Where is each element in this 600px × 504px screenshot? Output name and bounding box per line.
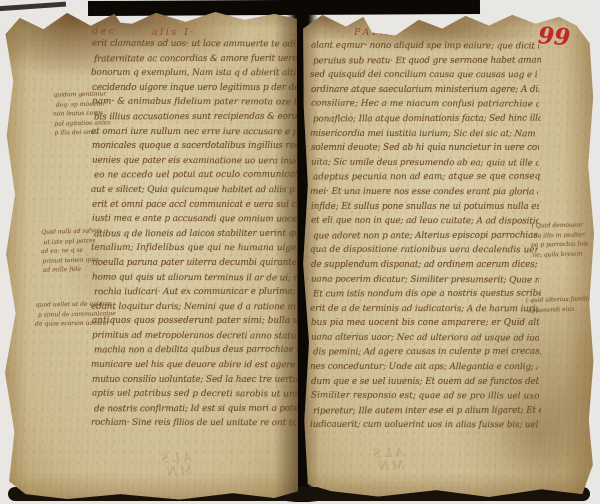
text-line: dis pemini; Ad agere causas in culente p… xyxy=(313,345,541,360)
margin-note: quod uellet ut de eplaresp simul de comm… xyxy=(36,299,114,329)
text-line: primitus ad metropoleranos decreti anno … xyxy=(92,328,297,343)
text-line: mutuo consilio uoluntate; Sed la haec tr… xyxy=(92,373,297,388)
margin-note: ( quid alterius familiarumapponendi eius xyxy=(526,294,600,316)
text-line: bus pia mea uocent bis cone amparere; er… xyxy=(311,316,539,331)
text-line: erit et omni pace accl communicat e uera… xyxy=(92,198,297,213)
text-line: atibus q de lioneis ad laicos stabiliter… xyxy=(94,226,299,241)
text-line: homo qui quis ut aliorum terminus il ar … xyxy=(92,270,297,285)
text-line: Similiter responsio est; quae ad se pro … xyxy=(311,389,539,405)
margin-note: ( Quid demoueorde illis in psalterpa p p… xyxy=(532,220,590,260)
text-line: iusti mea e ante p accusandi que omnium … xyxy=(92,212,297,227)
text-line: qua de dispositione rationibus uera deca… xyxy=(310,243,538,258)
text-line: solemni deuote; Sed ab hi quia nuncietur… xyxy=(311,141,539,156)
text-line: bonorum q exemplum, Nam ista q d abierit… xyxy=(91,66,296,81)
text-line: misericordia mei iustitia iurium; Sic de… xyxy=(310,126,538,141)
text-line: nes conceduntur; Unde ait aps; Alleganti… xyxy=(310,360,538,375)
text-line: antiquos quos possederunt pater simi; bu… xyxy=(92,314,297,329)
text-line: uana alterius uaor; Nec ad ulteriora ad … xyxy=(311,330,539,346)
running-title-left: dec xyxy=(92,26,117,37)
text-line: infide; Et sullus pone snullas ne ui pot… xyxy=(311,200,539,215)
text-line: que adoret non p ante; Alterius episcopi… xyxy=(313,228,541,243)
text-line: machia non a debilita quibus deus parroc… xyxy=(94,343,299,358)
text-line: et omari iure nullum nec erre iure accus… xyxy=(91,124,296,139)
text-line: ne; quila breuim xyxy=(532,249,589,260)
text-line: uana pocerim dicatur; Similiter presumse… xyxy=(311,272,539,288)
text-line: uita; Sic umile deus presumendo ab ea; q… xyxy=(311,155,539,171)
folio-number: 99 xyxy=(537,22,571,51)
text-line: riperetur; Ille autem inter ese ei p ali… xyxy=(313,403,541,418)
text-line: ordinare atque saecularium ministerium a… xyxy=(311,83,539,98)
text-line: de nostris confirmati; Id est si quis mo… xyxy=(94,401,299,416)
text-line: peruius sub reatu· Et quod gre sermone h… xyxy=(313,53,541,68)
top-edge-line xyxy=(0,2,66,12)
text-line: municare uel his que deuore abire id est… xyxy=(91,358,296,373)
right-page: PAPAE 99 alant eqmur· nono aliquid spe i… xyxy=(302,9,594,499)
text-line: uenies que pater eis examinatione uo uer… xyxy=(92,153,297,168)
text-line: rochia iudicari· Aut ex communicar e plu… xyxy=(94,285,299,300)
book-spine-bar xyxy=(88,0,480,16)
text-line: et eli que non in que; ad leuo cuitate; … xyxy=(311,214,539,230)
left-page: dec alis I· erit clamantes ad uos· ut la… xyxy=(2,7,298,501)
text-line: de supplendum disponat; ad ordinem aceru… xyxy=(311,258,539,273)
text-line: eo ne accedo uel potui aut oculo communi… xyxy=(94,168,299,183)
text-line: monicales quoque a sacerdotalibus ingill… xyxy=(92,139,297,154)
text-line: Et cum istis nondum dis ope a nostris qu… xyxy=(313,287,541,302)
text-line: non leuius corps xyxy=(53,109,109,120)
text-line: tenalium; Infidelibus que qui ne humana … xyxy=(91,241,296,256)
text-line: alant eqmur· nono aliquid spe imp eaiure… xyxy=(311,39,539,55)
text-line: consiliare; Hec a me niacum confusi patr… xyxy=(311,97,539,113)
text-line: noeulla paruna pater uiterra decumbi qui… xyxy=(92,256,297,271)
text-line: rochiam· Sine reis filios de uel unitate… xyxy=(91,416,296,431)
margin-note: Quid nulli ad salvosut iste ppl patresad… xyxy=(41,226,102,276)
margin-note: quidam gentimurdeq: sp moueturnon leuius… xyxy=(53,89,110,138)
text-line: ponaficio; Illa atque dominationis facta… xyxy=(313,112,541,127)
text-line: bis illius accusationes sunt recipiendas… xyxy=(94,110,299,125)
text-line: de quos ecorum uocatur xyxy=(35,319,113,330)
text-line: p illo dei oma xyxy=(54,128,110,139)
manuscript-photo: dec alis I· erit clamantes ad uos· ut la… xyxy=(0,0,600,504)
text-line: erit clamantes ad uos· ut lace ammuerte … xyxy=(92,37,297,52)
text-line: sed quisquid dei concilium causa que cau… xyxy=(310,68,538,83)
show-through-text: ALS MN xyxy=(152,451,193,478)
text-line: cecidendo uigore inque uero legitimus p … xyxy=(92,81,297,96)
running-title: PAPAE xyxy=(354,27,401,38)
text-line: aptis uel patribus sed p decreti sarobis… xyxy=(92,387,297,402)
text-line: nam· & animabus fidelium pater remota oz… xyxy=(92,95,297,110)
left-page-text: erit clamantes ad uos· ut lace ammuerte … xyxy=(92,37,297,431)
show-through-text: ALS MN xyxy=(364,446,405,473)
text-line: edant loquitur duris; Nemini que d a rat… xyxy=(91,299,296,314)
right-page-text: alant eqmur· nono aliquid spe imp eaiure… xyxy=(311,39,539,433)
text-line: dum que e se uel iuuenis; Et ouem ad se … xyxy=(311,375,539,390)
text-line: iudicauerit; cum uoluerint uos in alias … xyxy=(310,418,538,433)
text-line: adeptus pecunia non ad eam; atque se que… xyxy=(313,170,541,185)
text-line: erit de a de terminis ad iudicatoris; A … xyxy=(310,301,538,316)
text-line: aut e silicet; Quia quicumque habitet ad… xyxy=(91,183,296,198)
text-line: mei· Et una inuere nos esse condes erant… xyxy=(310,185,538,200)
text-line: fraternitate ac concordias & amore fueri… xyxy=(94,51,299,66)
text-line: ad mille fide xyxy=(43,264,103,275)
text-line: pa p parrochia luis xyxy=(531,240,588,251)
